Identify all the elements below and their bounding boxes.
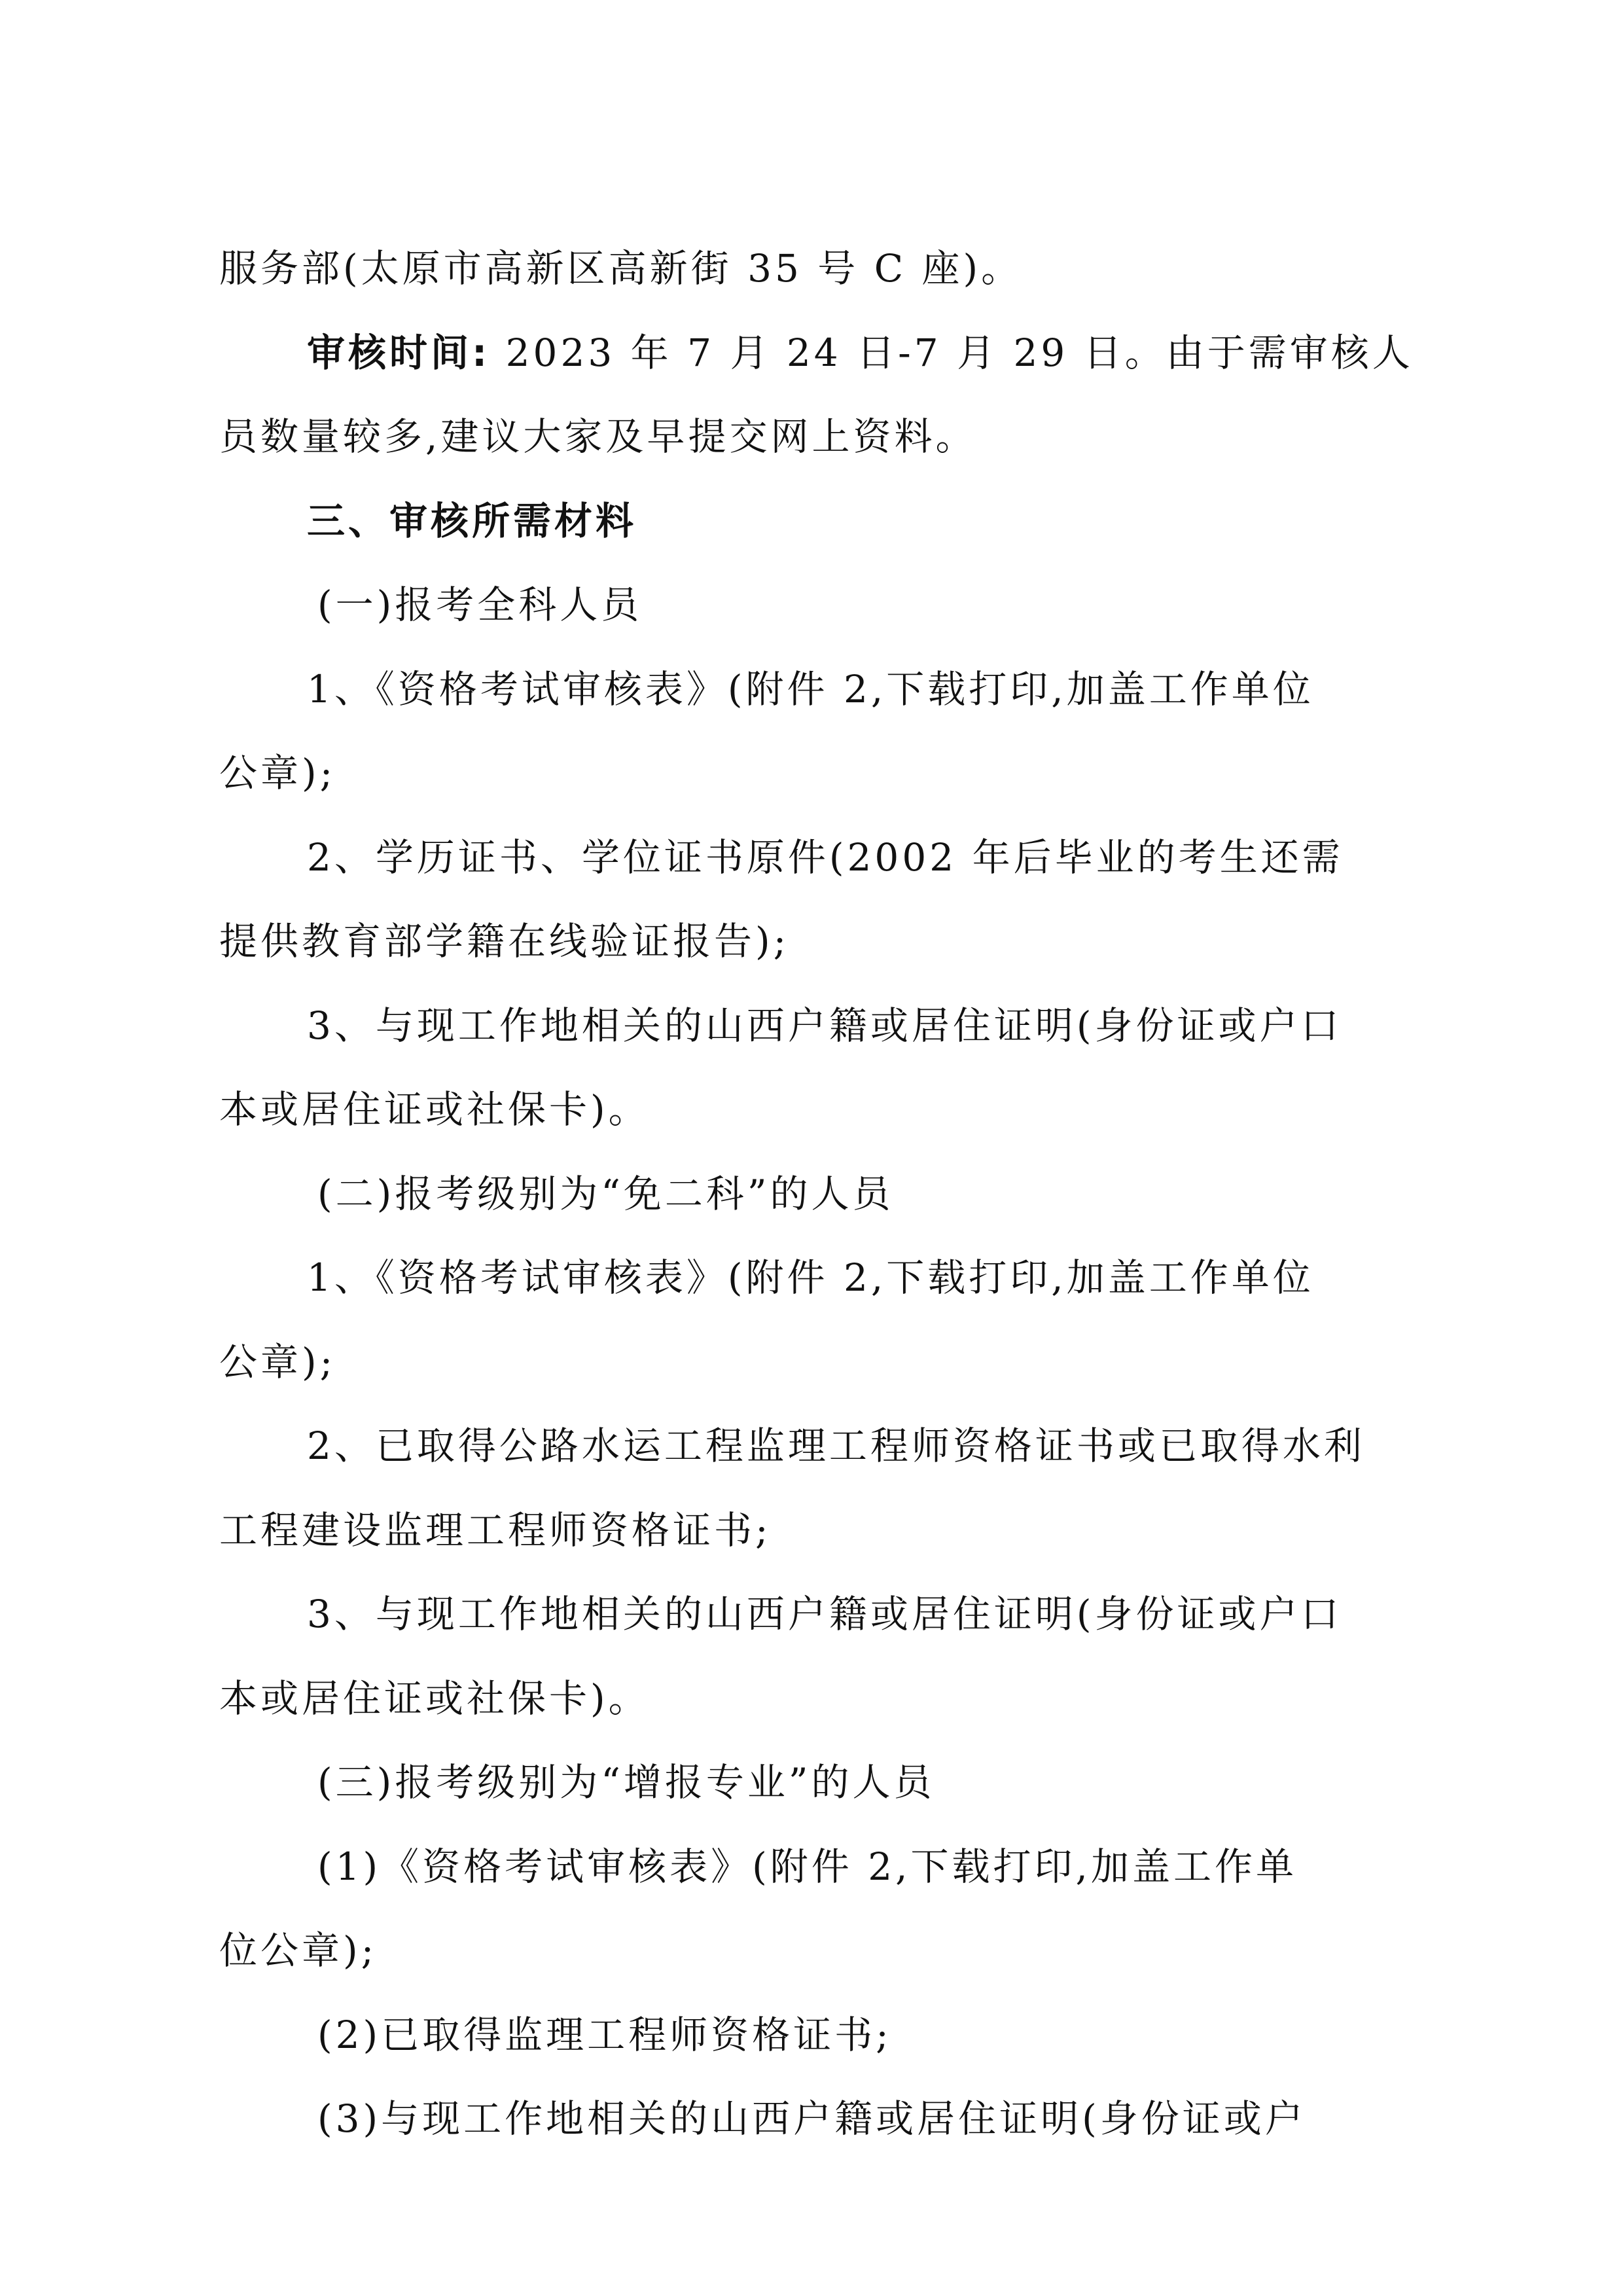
review-time-paragraph: 审核时间: 2023 年 7 月 24 日-7 月 29 日。由于需审核人 [219,332,1391,416]
document-page: 服务部(太原市高新区高新街 35 号 C 座)。 审核时间: 2023 年 7 … [219,247,1391,2182]
list-item: 2、已取得公路水运工程监理工程师资格证书或已取得水利 [219,1425,1391,1509]
address-continuation: 服务部(太原市高新区高新街 35 号 C 座)。 [219,247,1391,332]
list-item-continuation: 公章); [219,1341,1391,1426]
list-item: 1、《资格考试审核表》(附件 2,下载打印,加盖工作单位 [219,668,1391,753]
list-item: (3)与现工作地相关的山西户籍或居住证明(身份证或户 [219,2098,1391,2182]
subsection-heading-add-specialty: (三)报考级别为“增报专业”的人员 [219,1761,1391,1846]
list-item-continuation: 公章); [219,752,1391,836]
review-time-label: 审核时间: [307,331,490,375]
list-item: (1)《资格考试审核表》(附件 2,下载打印,加盖工作单 [219,1846,1391,1930]
review-time-continuation: 员数量较多,建议大家及早提交网上资料。 [219,416,1391,500]
list-item-continuation: 本或居住证或社保卡)。 [219,1088,1391,1173]
list-item: 3、与现工作地相关的山西户籍或居住证明(身份证或户口 [219,1593,1391,1677]
list-item: 1、《资格考试审核表》(附件 2,下载打印,加盖工作单位 [219,1257,1391,1341]
list-item: 2、学历证书、学位证书原件(2002 年后毕业的考生还需 [219,836,1391,921]
list-item: 3、与现工作地相关的山西户籍或居住证明(身份证或户口 [219,1005,1391,1089]
list-item-continuation: 本或居住证或社保卡)。 [219,1677,1391,1762]
subsection-heading-full-subjects: (一)报考全科人员 [219,584,1391,668]
list-item-continuation: 位公章); [219,1929,1391,2014]
list-item-continuation: 提供教育部学籍在线验证报告); [219,920,1391,1005]
list-item: (2)已取得监理工程师资格证书; [219,2014,1391,2098]
section-heading-materials: 三、审核所需材料 [219,500,1391,584]
review-time-text: 2023 年 7 月 24 日-7 月 29 日。由于需审核人 [490,331,1414,375]
subsection-heading-exempt-two: (二)报考级别为“免二科”的人员 [219,1173,1391,1257]
list-item-continuation: 工程建设监理工程师资格证书; [219,1509,1391,1594]
